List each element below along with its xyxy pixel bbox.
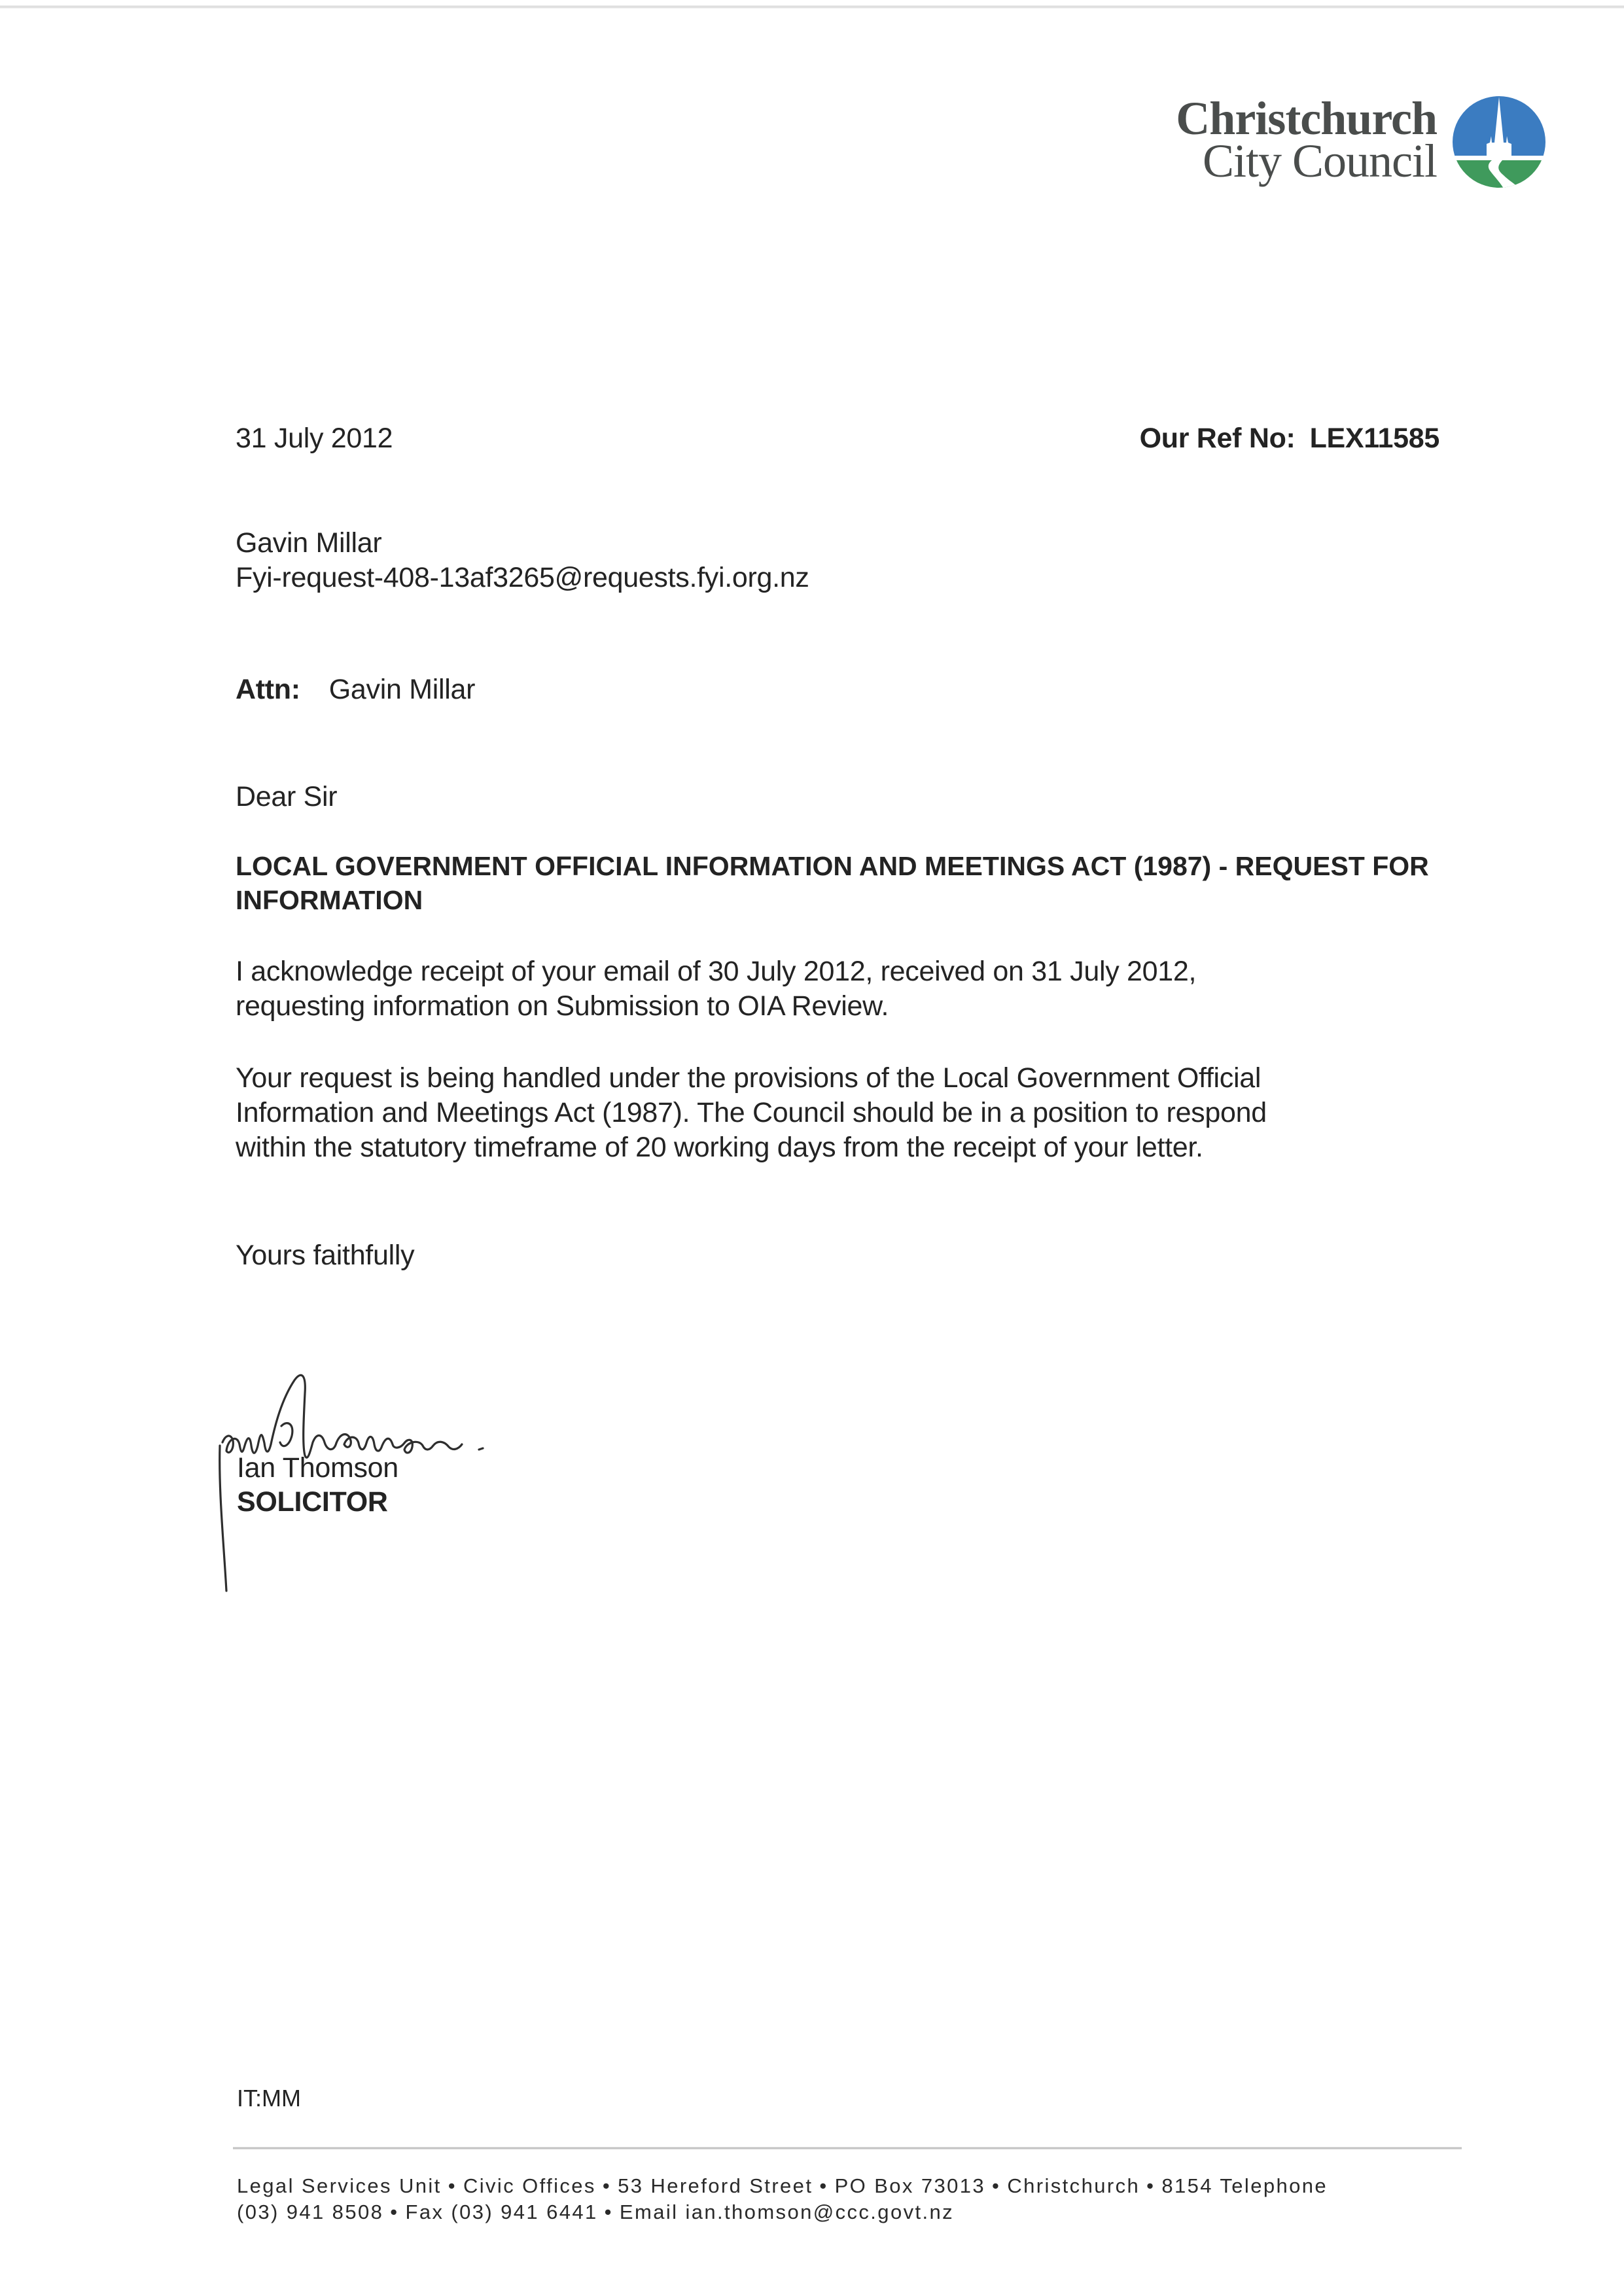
footer-fax: Fax (03) 941 6441 — [406, 2200, 598, 2223]
ref-label: Our Ref No: — [1140, 423, 1296, 454]
bullet-separator: • — [819, 2174, 828, 2197]
bullet-separator: • — [992, 2174, 1000, 2197]
recipient-email: Fyi-request-408-13af3265@requests.fyi.or… — [236, 561, 809, 595]
footer-divider — [233, 2147, 1462, 2149]
bullet-separator: • — [603, 2174, 611, 2197]
paragraph-acknowledgement: I acknowledge receipt of your email of 3… — [236, 954, 1196, 1024]
bullet-separator: • — [1146, 2174, 1155, 2197]
scan-edge — [0, 5, 1624, 9]
letter-date: 31 July 2012 — [236, 421, 393, 456]
paragraph-line: I acknowledge receipt of your email of 3… — [236, 954, 1196, 989]
org-name-line2: City Council — [1203, 134, 1437, 188]
subject-heading: LOCAL GOVERNMENT OFFICIAL INFORMATION AN… — [236, 849, 1479, 917]
cathedral-spire-emblem-icon — [1451, 96, 1547, 188]
footer-contact: Legal Services Unit•Civic Offices•53 Her… — [237, 2173, 1328, 2225]
closing: Yours faithfully — [236, 1238, 414, 1273]
footer-line-1: Legal Services Unit•Civic Offices•53 Her… — [237, 2173, 1328, 2199]
paragraph-line: Your request is being handled under the … — [236, 1061, 1267, 1096]
footer-postcode-telephone: 8154 Telephone — [1161, 2174, 1328, 2197]
attention-line: Attn:Gavin Millar — [236, 672, 475, 707]
signer-title: SOLICITOR — [237, 1485, 388, 1520]
footer-phone: (03) 941 8508 — [237, 2200, 383, 2223]
footer-unit: Legal Services Unit — [237, 2174, 442, 2197]
attn-label: Attn: — [236, 674, 300, 705]
attn-name: Gavin Millar — [329, 674, 475, 705]
bullet-separator: • — [390, 2200, 398, 2223]
reference-initials: IT:MM — [237, 2085, 301, 2112]
footer-building: Civic Offices — [463, 2174, 596, 2197]
footer-street: 53 Hereford Street — [618, 2174, 813, 2197]
recipient-name: Gavin Millar — [236, 526, 809, 561]
bullet-separator: • — [448, 2174, 457, 2197]
recipient-block: Gavin Millar Fyi-request-408-13af3265@re… — [236, 526, 809, 595]
signer-name: Ian Thomson — [237, 1451, 398, 1486]
footer-city: Christchurch — [1007, 2174, 1140, 2197]
footer-po-box: PO Box 73013 — [835, 2174, 985, 2197]
footer-email: Email ian.thomson@ccc.govt.nz — [620, 2200, 954, 2223]
paragraph-line: requesting information on Submission to … — [236, 989, 1196, 1024]
bullet-separator: • — [605, 2200, 613, 2223]
ref-value: LEX11585 — [1310, 423, 1439, 454]
paragraph-line: Information and Meetings Act (1987). The… — [236, 1096, 1267, 1130]
salutation: Dear Sir — [236, 780, 337, 814]
footer-line-2: (03) 941 8508•Fax (03) 941 6441•Email ia… — [237, 2199, 1328, 2225]
paragraph-line: within the statutory timeframe of 20 wor… — [236, 1130, 1267, 1165]
reference-number: Our Ref No:LEX11585 — [1140, 421, 1439, 456]
paragraph-handling: Your request is being handled under the … — [236, 1061, 1267, 1165]
